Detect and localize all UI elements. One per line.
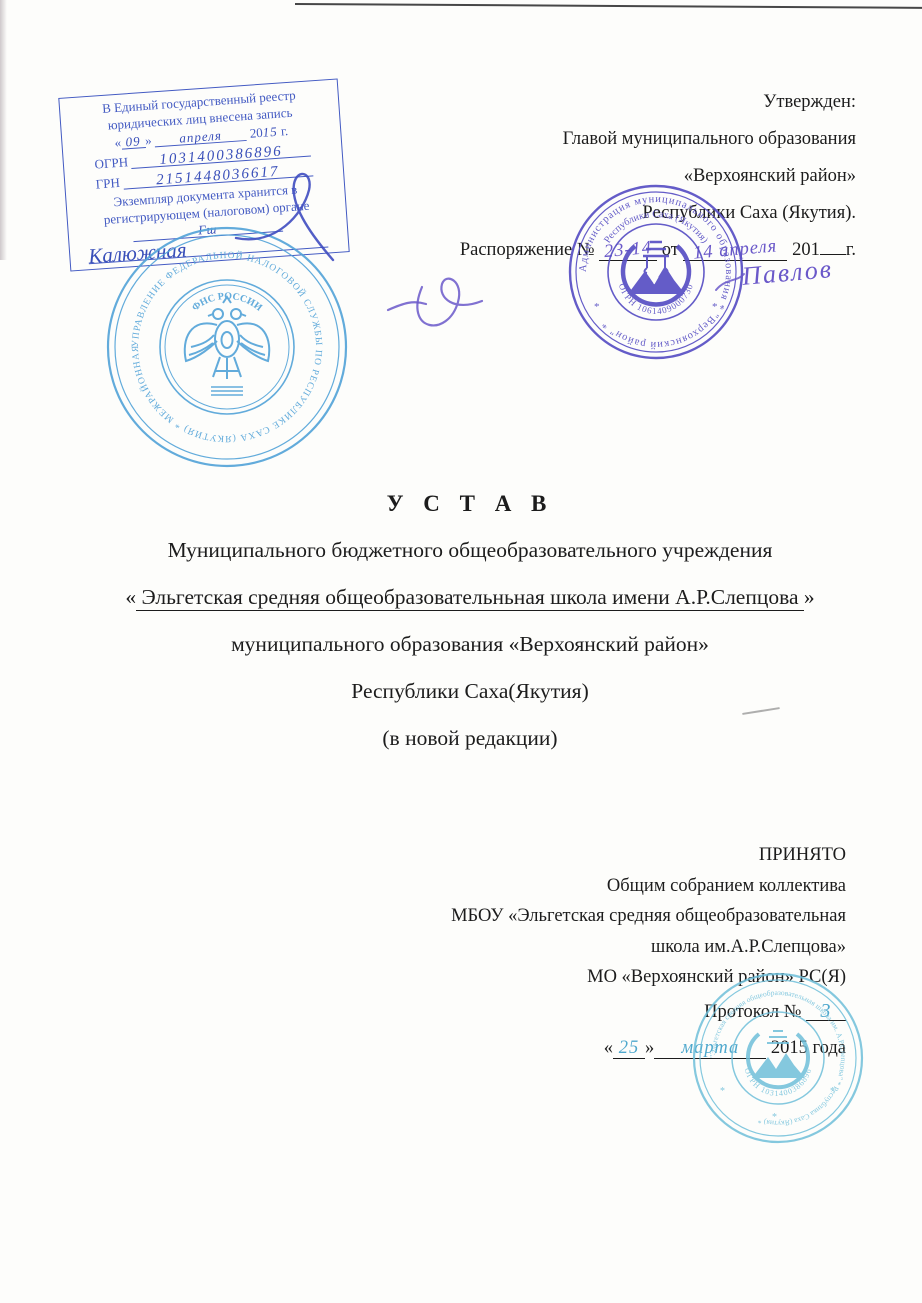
- scanned-charter-page: Утвержден: Главой муниципального образов…: [0, 0, 922, 1303]
- order-prefix: Распоряжение №: [460, 240, 595, 260]
- order-year-blank: [820, 236, 846, 256]
- mark-handwritten: Гш: [198, 221, 218, 237]
- pen-loop-stroke: [417, 279, 482, 326]
- title-line-3: « Эльгетская средняя общеобразовательньн…: [18, 574, 922, 621]
- school-star-bottom: *: [772, 1112, 777, 1123]
- title-line-4: муниципального образования «Верхоянский …: [18, 621, 922, 668]
- order-number-blank: 23-14: [599, 241, 657, 261]
- grn-label: ГРН: [95, 175, 120, 192]
- municipal-star-left: *: [594, 301, 600, 313]
- approval-block: Утвержден: Главой муниципального образов…: [460, 84, 856, 269]
- municipal-ogrn-holder: ОГРН 1061409000730: [617, 282, 695, 316]
- school-star-left: *: [720, 1086, 725, 1097]
- accepted-line-2: Общим собранием коллектива: [451, 871, 846, 902]
- school-star-right: *: [830, 1086, 835, 1097]
- protocol-line: Протокол № 3: [451, 997, 846, 1028]
- title-block: У С Т А В Муниципального бюджетного обще…: [18, 480, 922, 762]
- municipal-star-right: *: [712, 301, 718, 313]
- school-ogrn-holder: ОГРН 1031400386896: [743, 1067, 814, 1098]
- date-month-blank: марта: [654, 1039, 766, 1059]
- date-day-handwritten: 25: [619, 1038, 640, 1058]
- order-date-blank: 14 апреля: [683, 241, 787, 261]
- date-quote-close: »: [645, 1038, 654, 1058]
- signature-lead-stroke: [716, 274, 744, 290]
- municipal-ogrn-text: ОГРН 1061409000730: [617, 282, 695, 316]
- approval-line-2: Главой муниципального образования: [460, 121, 856, 158]
- approval-line-1: Утвержден:: [460, 84, 856, 121]
- date-quote-open: «: [604, 1038, 613, 1058]
- month-handwritten: апреля: [179, 128, 223, 146]
- ogrn-label: ОГРН: [94, 154, 128, 171]
- quote-close: »: [144, 133, 152, 148]
- title-line-6: (в новой редакции): [18, 715, 922, 762]
- accepted-block: ПРИНЯТО Общим собранием коллектива МБОУ …: [451, 840, 846, 1064]
- scan-edge-smudge: [0, 0, 7, 260]
- protocol-number-blank: 3: [806, 1002, 846, 1022]
- order-from: от: [662, 240, 679, 260]
- school-name-underlined: Эльгетская средняя общеобразовательньная…: [136, 585, 804, 611]
- title-line-5: Республики Саха(Якутия): [18, 668, 922, 715]
- registry-stamp: В Единый государственный реестр юридичес…: [58, 78, 349, 271]
- protocol-number-handwritten: 3: [821, 1000, 832, 1022]
- year-printed: 20: [249, 125, 263, 141]
- accepted-line-4: школа им.А.Р.Слепцова»: [451, 932, 846, 963]
- date-day-blank: 25: [613, 1039, 645, 1059]
- accepted-line-3: МБОУ «Эльгетская средняя общеобразовател…: [451, 901, 846, 932]
- fns-inner-top-holder: ФНС РОССИИ: [190, 291, 264, 314]
- head-signature: Павлов: [741, 254, 834, 292]
- pen-dash-stroke: [388, 302, 426, 310]
- title-quote-close: »: [804, 585, 815, 609]
- order-year-suffix: г.: [846, 240, 856, 260]
- title-line-2: Муниципального бюджетного общеобразовате…: [18, 527, 922, 574]
- fns-ring-text: УПРАВЛЕНИЕ ФЕДЕРАЛЬНОЙ НАЛОГОВОЙ СЛУЖБЫ …: [131, 249, 323, 444]
- date-month-handwritten: марта: [681, 1038, 739, 1058]
- fns-ring-text-holder: УПРАВЛЕНИЕ ФЕДЕРАЛЬНОЙ НАЛОГОВОЙ СЛУЖБЫ …: [131, 249, 323, 444]
- day-blank: 09: [121, 134, 146, 150]
- scan-edge-line: [295, 3, 922, 9]
- title-quote-open: «: [125, 585, 136, 609]
- date-year: 2015 года: [771, 1038, 846, 1058]
- school-ogrn-text: ОГРН 1031400386896: [743, 1067, 814, 1098]
- protocol-date-line: «25»марта 2015 года: [451, 1033, 846, 1064]
- accepted-line-5: МО «Верхоянский район» РС(Я): [451, 962, 846, 993]
- year-handwritten: 15: [262, 124, 278, 140]
- day-handwritten: 09: [125, 133, 141, 149]
- title-ustav: У С Т А В: [18, 480, 922, 527]
- fns-inner-top-text: ФНС РОССИИ: [190, 291, 264, 314]
- year-g: г.: [280, 123, 288, 138]
- double-eagle-icon: [185, 297, 269, 395]
- accepted-line-1: ПРИНЯТО: [451, 840, 846, 871]
- protocol-label: Протокол №: [704, 1002, 801, 1022]
- order-number-handwritten: 23-14: [603, 239, 653, 262]
- approval-line-4: Республики Саха (Якутия).: [460, 195, 856, 232]
- approval-line-3: «Верхоянский район»: [460, 158, 856, 195]
